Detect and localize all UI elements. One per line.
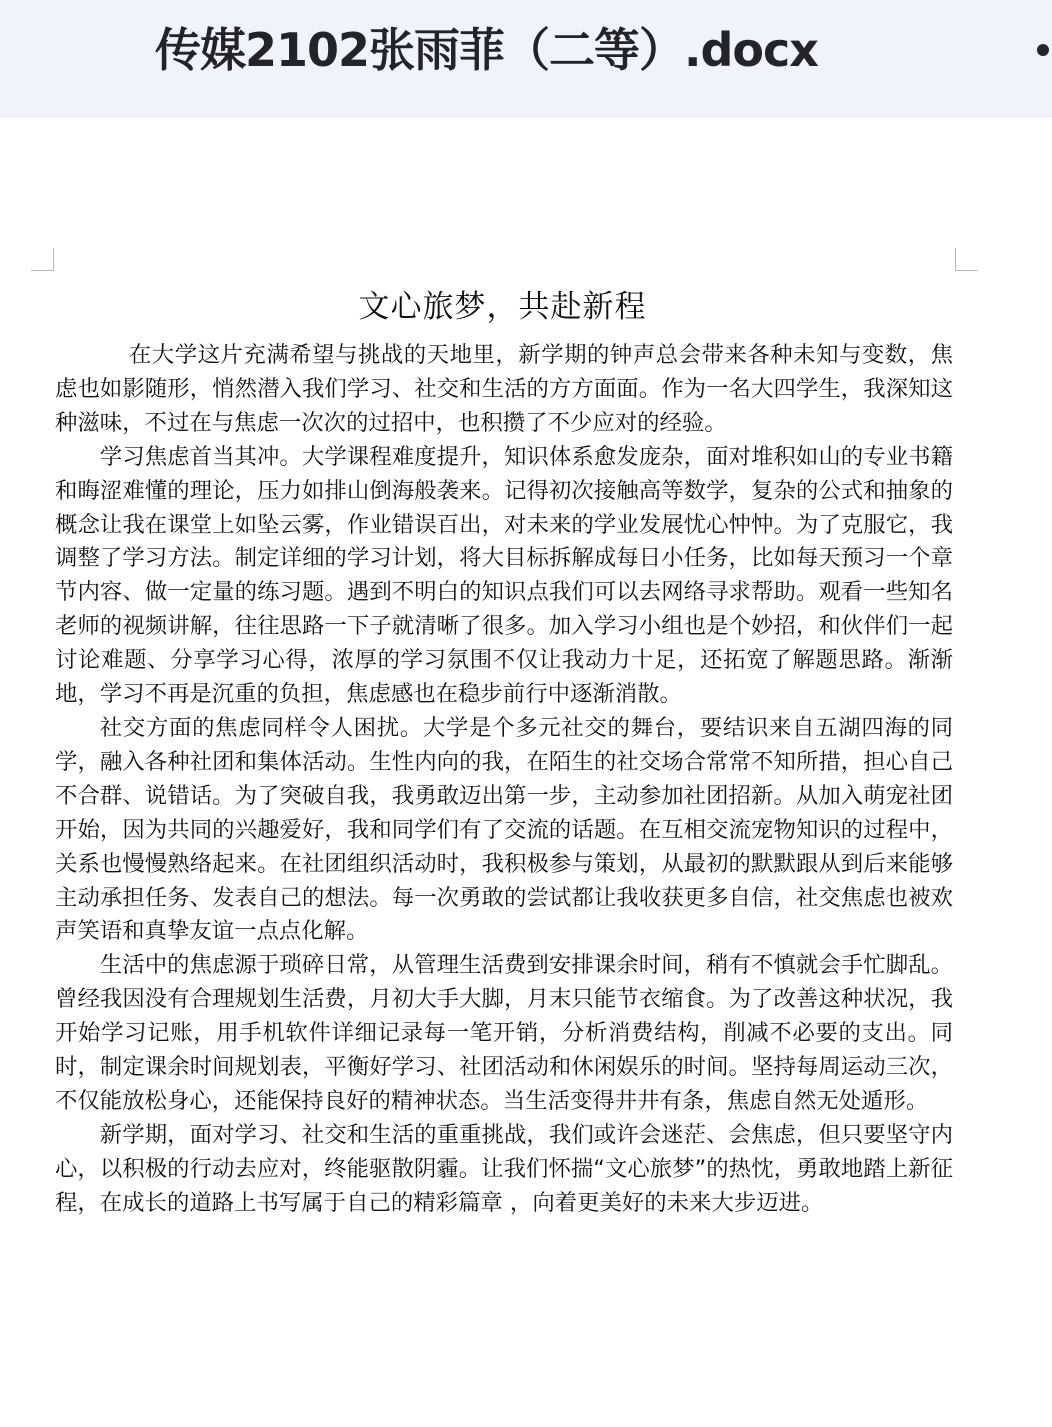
document-body: 在大学这片充满希望与挑战的天地里，新学期的钟声总会带来各种未知与变数，焦虑也如影…: [55, 339, 953, 1221]
document-title: 文心旅梦，共赴新程: [0, 287, 1005, 327]
file-title: 传媒2102张雨菲（二等）.docx: [155, 18, 818, 82]
more-dots-icon[interactable]: [1037, 44, 1049, 56]
paragraph-conclusion: 新学期，面对学习、社交和生活的重重挑战，我们或许会迷茫、会焦虑，但只要坚守内心，…: [55, 1119, 953, 1221]
document-header: 传媒2102张雨菲（二等）.docx: [0, 0, 1052, 117]
paragraph-social: 社交方面的焦虑同样令人困扰。大学是个多元社交的舞台，要结识来自五湖四海的同学，融…: [55, 712, 953, 949]
margin-corner-top-left-icon: [31, 248, 54, 271]
paragraph-study: 学习焦虑首当其冲。大学课程难度提升，知识体系愈发庞杂，面对堆积如山的专业书籍和晦…: [55, 441, 953, 712]
paragraph-intro: 在大学这片充满希望与挑战的天地里，新学期的钟声总会带来各种未知与变数，焦虑也如影…: [55, 339, 953, 441]
paragraph-life: 生活中的焦虑源于琐碎日常，从管理生活费到安排课余时间，稍有不慎就会手忙脚乱。曾经…: [55, 949, 953, 1119]
margin-corner-top-right-icon: [955, 248, 978, 271]
document-page: 文心旅梦，共赴新程 在大学这片充满希望与挑战的天地里，新学期的钟声总会带来各种未…: [0, 117, 1052, 1427]
